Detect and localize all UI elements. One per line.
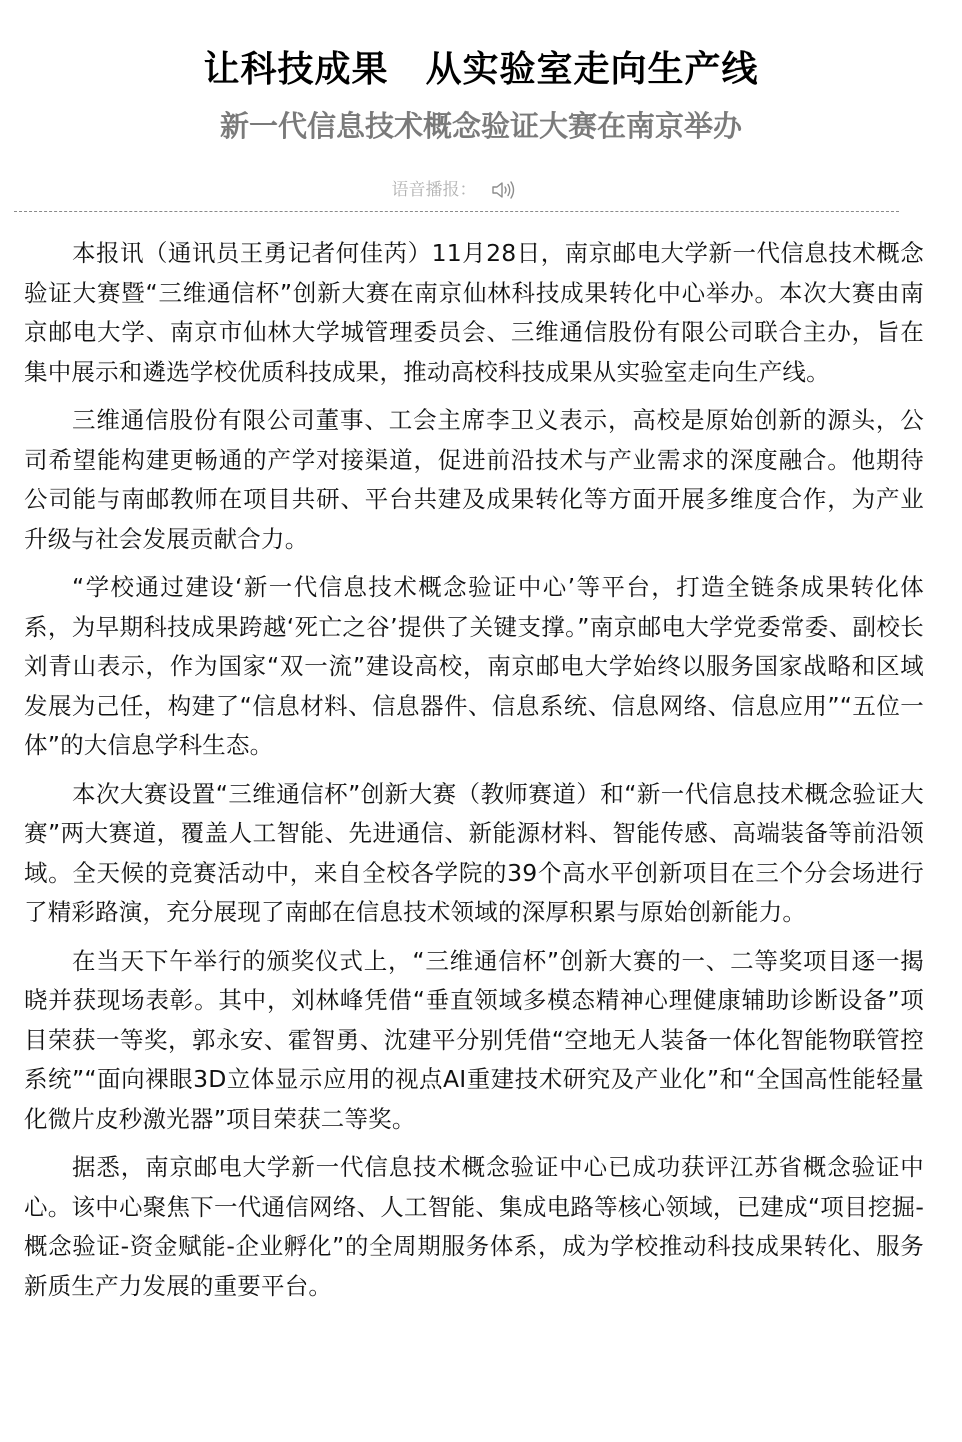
paragraph: 三维通信股份有限公司董事、工会主席李卫义表示，高校是原始创新的源头，公司希望能构…: [24, 401, 924, 559]
article-subtitle: 新一代信息技术概念验证大赛在南京举办: [0, 106, 962, 146]
paragraph: 本报讯（通讯员王勇记者何佳芮）11月28日，南京邮电大学新一代信息技术概念验证大…: [24, 234, 924, 392]
audio-broadcast-bar: 语音播报：: [0, 176, 904, 204]
audio-broadcast-label: 语音播报：: [392, 176, 477, 204]
article-title: 让科技成果 从实验室走向生产线: [0, 46, 962, 94]
paragraph: 据悉，南京邮电大学新一代信息技术概念验证中心已成功获评江苏省概念验证中心。该中心…: [24, 1148, 924, 1306]
paragraph: 在当天下午举行的颁奖仪式上，“三维通信杯”创新大赛的一、二等奖项目逐一揭晓并获现…: [24, 942, 924, 1140]
paragraph: “学校通过建设‘新一代信息技术概念验证中心’等平台，打造全链条成果转化体系，为早…: [24, 568, 924, 766]
paragraph: 本次大赛设置“三维通信杯”创新大赛（教师赛道）和“新一代信息技术概念验证大赛”两…: [24, 775, 924, 933]
speaker-icon[interactable]: [491, 179, 517, 201]
dashed-divider: [14, 211, 899, 212]
article-body: 本报讯（通讯员王勇记者何佳芮）11月28日，南京邮电大学新一代信息技术概念验证大…: [24, 234, 924, 1315]
